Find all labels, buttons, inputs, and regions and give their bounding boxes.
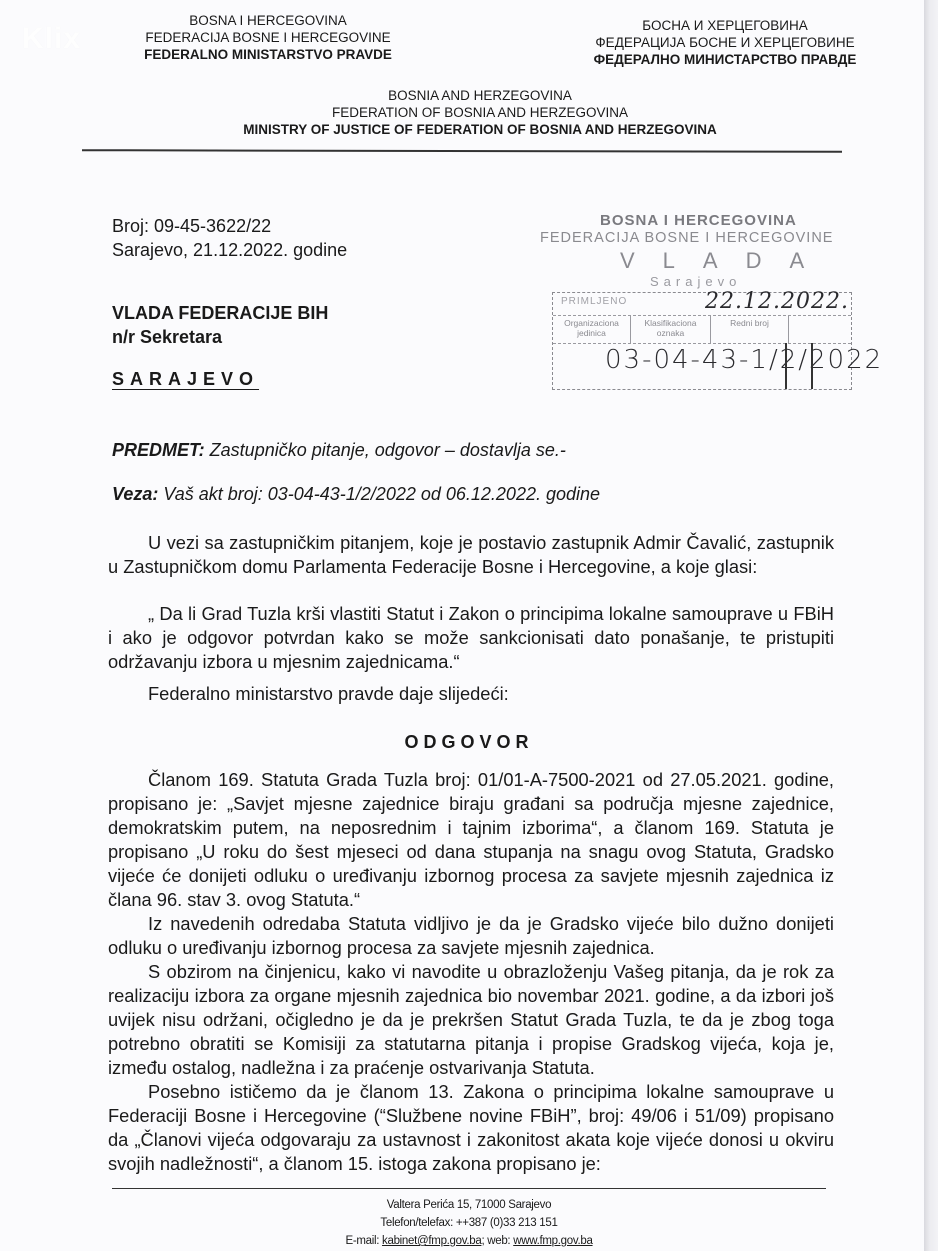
reference-label: Veza: xyxy=(112,484,158,504)
paragraph: Posebno ističemo da je članom 13. Zakona… xyxy=(108,1080,834,1176)
stamp-line: Sarajevo xyxy=(650,274,741,289)
stamp-line: BOSNA I HERCEGOVINA xyxy=(600,212,797,229)
document-page: Klix BOSNA I HERCEGOVINA FEDERACIJA BOSN… xyxy=(0,0,924,1251)
document-date: Sarajevo, 21.12.2022. godine xyxy=(112,238,347,262)
footer-divider xyxy=(112,1188,826,1189)
intro-paragraph: U vezi sa zastupničkim pitanjem, koje je… xyxy=(108,531,834,579)
header-bosnian: BOSNA I HERCEGOVINA FEDERACIJA BOSNE I H… xyxy=(118,12,418,63)
watermark: Klix xyxy=(22,22,81,56)
received-stamp: BOSNA I HERCEGOVINA FEDERACIJA BOSNE I H… xyxy=(540,212,860,387)
footer-web-label: ; web: xyxy=(481,1235,513,1247)
stamp-box: PRIMLJENO 22.12.2022. Organizaciona jedi… xyxy=(552,292,852,390)
header-line: ФЕДЕРАЦИЈА БОСНЕ И ХЕРЦЕГОВИНЕ xyxy=(560,34,890,51)
footer-web-link[interactable]: www.fmp.gov.ba xyxy=(513,1235,592,1247)
header-line: BOSNIA AND HERZEGOVINA xyxy=(180,87,780,104)
footer-address: Valtera Perića 15, 71000 Sarajevo xyxy=(0,1196,938,1214)
header-line: БОСНА И ХЕРЦЕГОВИНА xyxy=(560,17,890,34)
ministry-intro: Federalno ministarstvo pravde daje slije… xyxy=(108,682,834,706)
footer-phone: Telefon/telefax: ++387 (0)33 213 151 xyxy=(0,1214,938,1232)
stamp-line: FEDERACIJA BOSNE I HERCEGOVINE xyxy=(540,230,833,246)
document-meta: Broj: 09-45-3622/22 Sarajevo, 21.12.2022… xyxy=(112,214,347,262)
recipient-name: VLADA FEDERACIJE BIH xyxy=(112,301,328,325)
subject-line: PREDMET: Zastupničko pitanje, odgovor – … xyxy=(112,440,566,461)
reference-line: Veza: Vaš akt broj: 03-04-43-1/2/2022 od… xyxy=(112,484,600,505)
recipient-city: SARAJEVO xyxy=(112,369,259,390)
recipient-attn: n/r Sekretara xyxy=(112,325,328,349)
header-line: FEDERACIJA BOSNE I HERCEGOVINE xyxy=(118,29,418,46)
stamp-divider xyxy=(811,343,813,389)
stamp-received-row: PRIMLJENO 22.12.2022. xyxy=(553,293,851,316)
header-line-ministry: MINISTRY OF JUSTICE OF FEDERATION OF BOS… xyxy=(180,121,780,138)
header-divider xyxy=(82,149,842,152)
header-line: BOSNA I HERCEGOVINA xyxy=(118,12,418,29)
stamp-received-label: PRIMLJENO xyxy=(561,296,627,307)
paragraph: Iz navedenih odredaba Statuta vidljivo j… xyxy=(108,912,834,960)
paragraph: U vezi sa zastupničkim pitanjem, koje je… xyxy=(108,531,834,579)
paragraph: Federalno ministarstvo pravde daje slije… xyxy=(108,682,834,706)
subject-text: Zastupničko pitanje, odgovor – dostavlja… xyxy=(205,440,566,460)
stamp-col-serial: Redni broj xyxy=(711,315,789,343)
header-cyrillic: БОСНА И ХЕРЦЕГОВИНА ФЕДЕРАЦИЈА БОСНЕ И Х… xyxy=(560,17,890,68)
paragraph: S obzirom na činjenicu, kako vi navodite… xyxy=(108,960,834,1080)
paragraph: „ Da li Grad Tuzla krši vlastiti Statut … xyxy=(108,602,834,674)
question-quote: „ Da li Grad Tuzla krši vlastiti Statut … xyxy=(108,602,834,674)
answer-heading: ODGOVOR xyxy=(0,732,938,753)
footer-contact: E-mail: kabinet@fmp.gov.ba; web: www.fmp… xyxy=(0,1232,938,1250)
header-line-ministry: FEDERALNO MINISTARSTVO PRAVDE xyxy=(118,46,418,63)
stamp-line: VLADA xyxy=(620,248,832,274)
footer-email-label: E-mail: xyxy=(345,1235,382,1247)
paragraph: Članom 169. Statuta Grada Tuzla broj: 01… xyxy=(108,768,834,912)
header-line-ministry: ФЕДЕРАЛНО МИНИСТАРСТВО ПРАВДЕ xyxy=(560,51,890,68)
stamp-col-classification: Klasifikaciona oznaka xyxy=(631,315,711,343)
stamp-cells: Organizaciona jedinica Klasifikaciona oz… xyxy=(553,315,851,344)
stamp-col-org-unit: Organizaciona jedinica xyxy=(553,315,631,343)
recipient: VLADA FEDERACIJE BIH n/r Sekretara xyxy=(112,301,328,349)
stamp-received-date: 22.12.2022. xyxy=(705,289,849,314)
stamp-registration-number: 03-04-43-1/2/2022 xyxy=(605,345,883,375)
reference-text: Vaš akt broj: 03-04-43-1/2/2022 od 06.12… xyxy=(158,484,600,504)
paper-edge xyxy=(924,0,938,1251)
reference-number: Broj: 09-45-3622/22 xyxy=(112,214,347,238)
answer-body: Članom 169. Statuta Grada Tuzla broj: 01… xyxy=(108,768,834,1176)
stamp-divider xyxy=(785,343,787,389)
header-line: FEDERATION OF BOSNIA AND HERZEGOVINA xyxy=(180,104,780,121)
header-english: BOSNIA AND HERZEGOVINA FEDERATION OF BOS… xyxy=(180,87,780,138)
footer-email-link[interactable]: kabinet@fmp.gov.ba xyxy=(382,1235,481,1247)
footer: Valtera Perića 15, 71000 Sarajevo Telefo… xyxy=(0,1196,938,1250)
subject-label: PREDMET: xyxy=(112,440,205,460)
